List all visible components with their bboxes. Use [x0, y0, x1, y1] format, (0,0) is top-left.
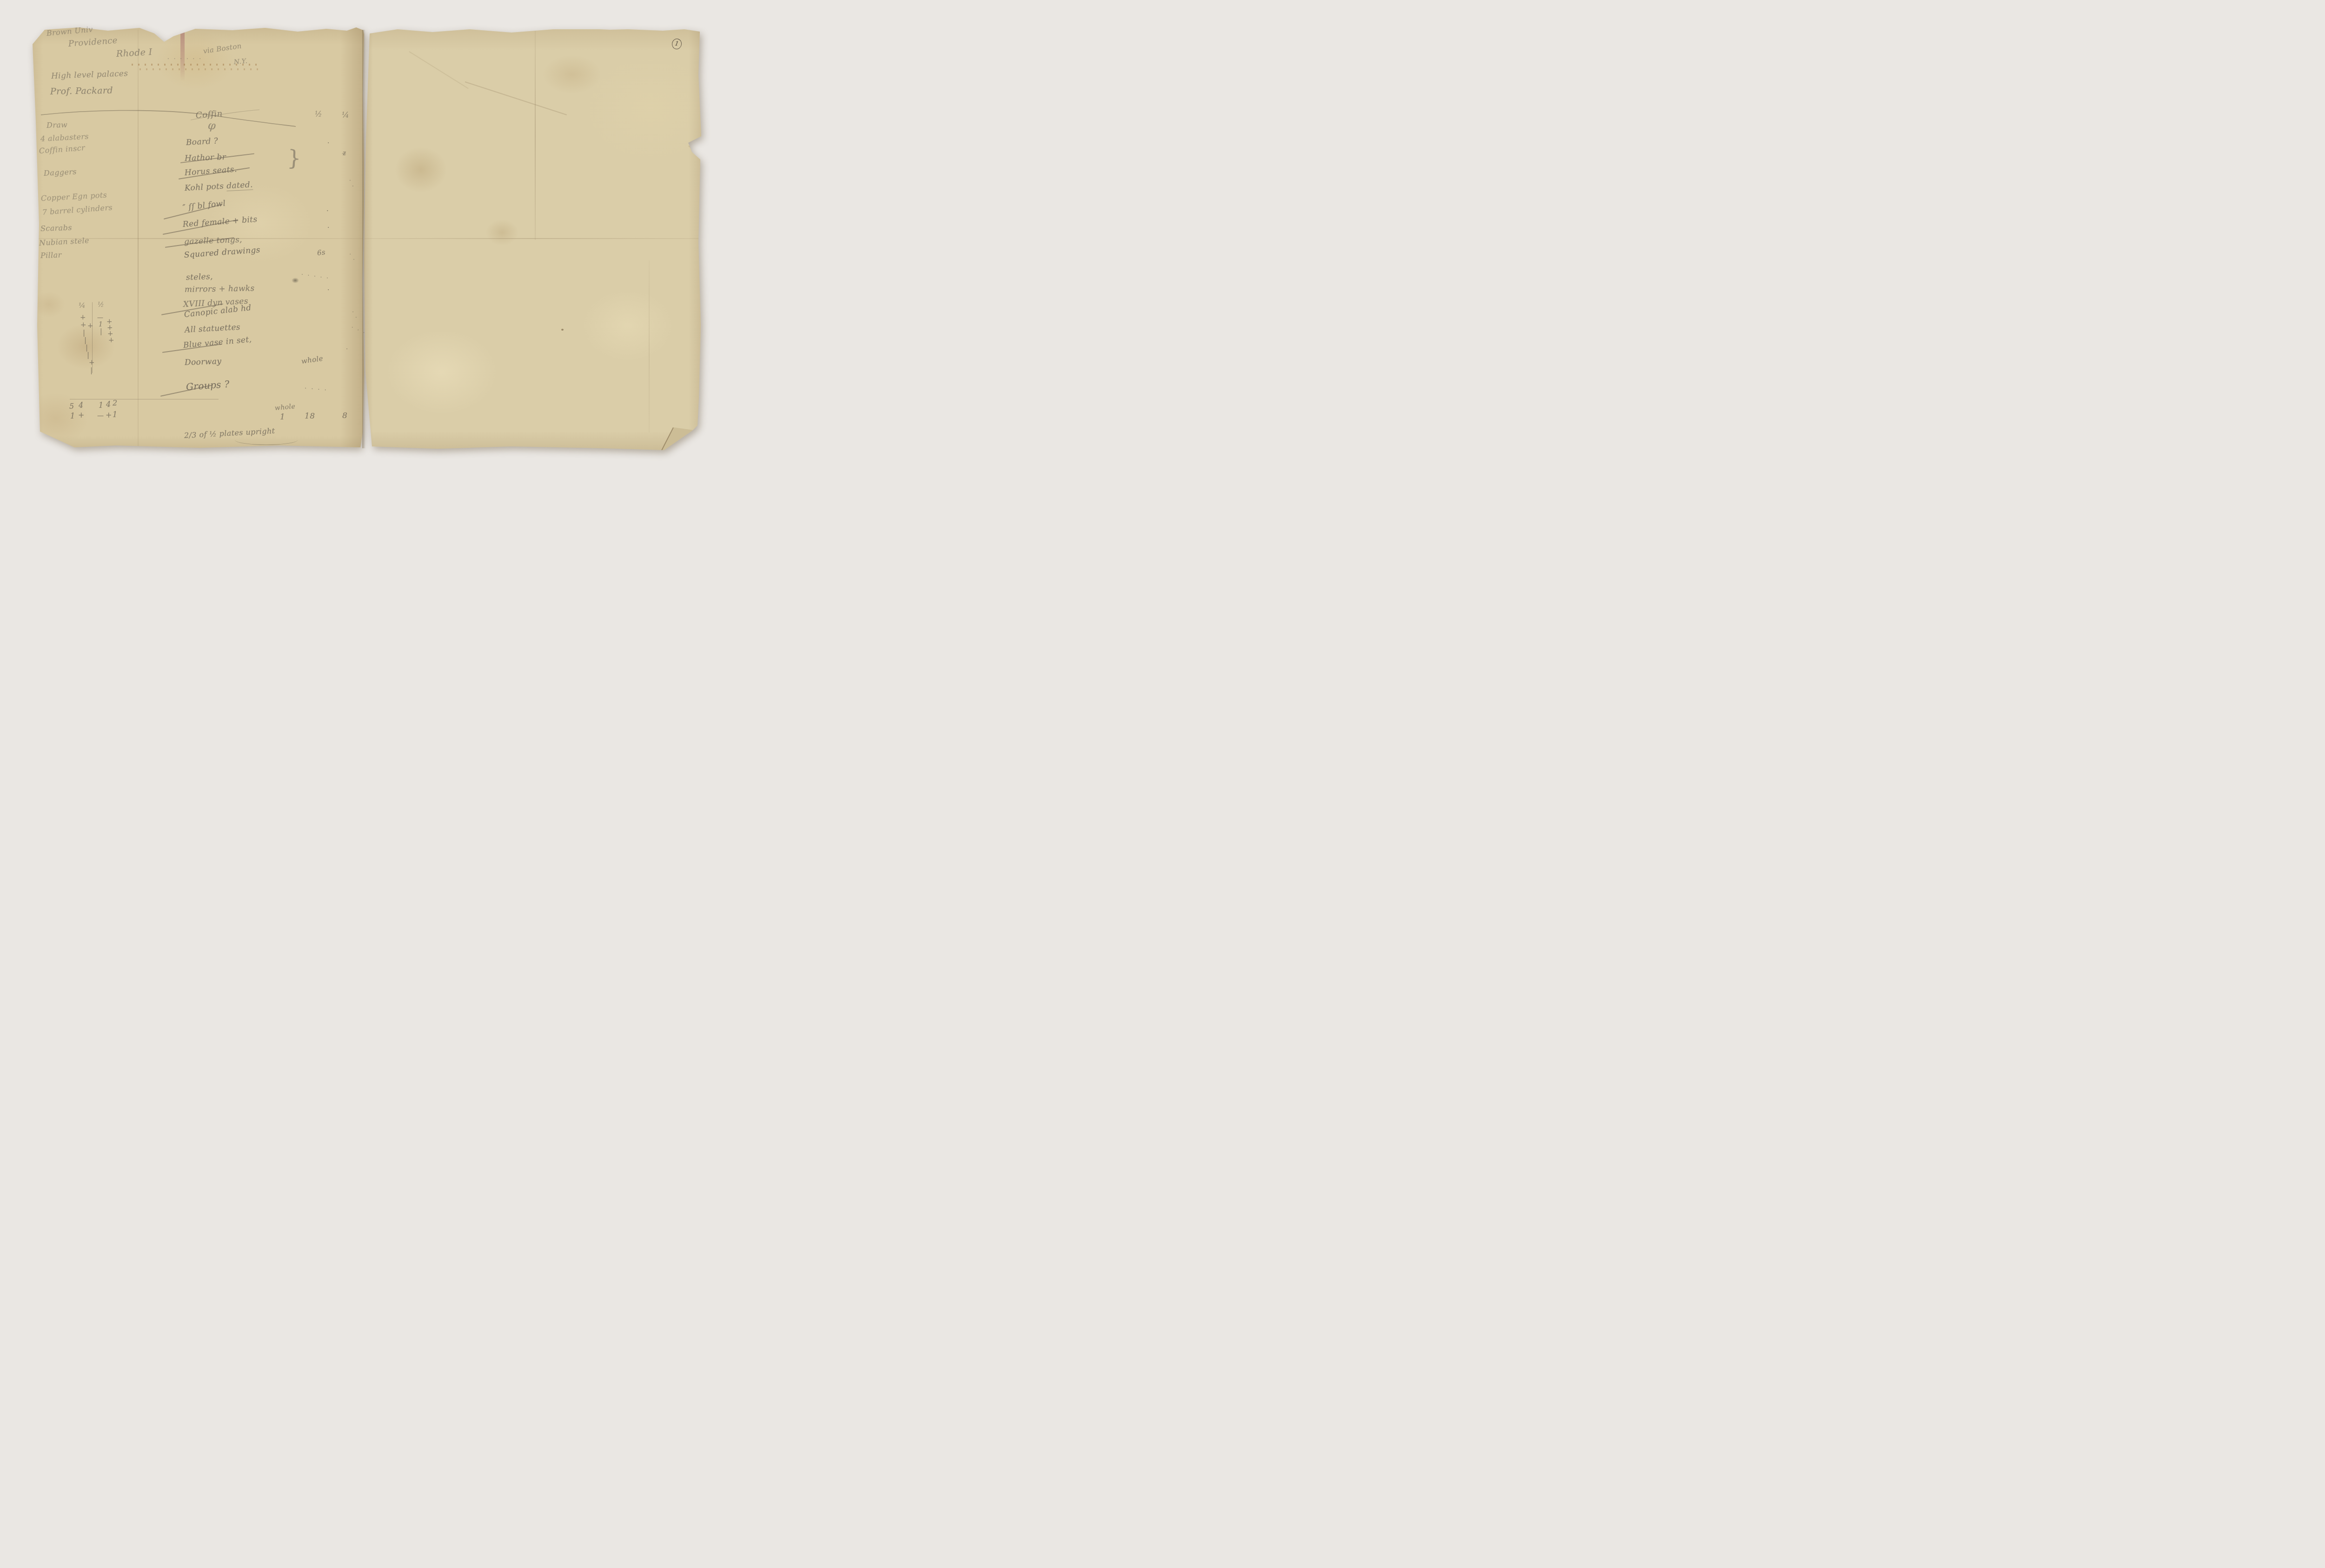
margin-brace: } — [287, 147, 302, 169]
stain-speck — [561, 329, 564, 331]
footer-count-half: 18 — [305, 412, 315, 420]
tally-header-half: ½ — [98, 302, 104, 308]
margin-mark: · — [326, 207, 330, 214]
tally-total-rule — [70, 399, 219, 399]
tally-mark: + — [80, 321, 86, 328]
fold-crease-horizontal — [364, 238, 701, 239]
tally-total: 4 — [79, 402, 84, 409]
list-item: mirrors + hawks — [185, 285, 255, 294]
heading-state: Rhode I — [116, 48, 153, 59]
footer-whole-label: whole — [274, 403, 295, 412]
tally-total: 1 — [113, 411, 118, 419]
tally-total: 1 — [99, 402, 104, 409]
tally-header-quarter: ¼ — [79, 302, 86, 309]
tally-total: 4 — [106, 401, 111, 408]
tally-mark: | — [83, 329, 85, 336]
tally-total: + — [78, 412, 85, 419]
item-underlined-word: dated. — [226, 180, 253, 191]
tally-mark: | — [100, 328, 102, 335]
photograph-of-document: { "photo": { "backdrop_color": "#eae7e3"… — [0, 0, 729, 472]
list-item: Board ? — [186, 137, 219, 147]
wrinkle-crease — [465, 81, 567, 115]
fold-crease-vertical — [138, 30, 139, 451]
side-list-item: Scarabs — [40, 224, 72, 233]
heading-dots: · · · · · · — [167, 56, 202, 62]
red-ink-streak — [180, 27, 185, 81]
margin-mark: · — [346, 346, 349, 352]
heading-recipient: Prof. Packard — [50, 86, 113, 96]
footer-count-whole: 1 — [280, 413, 285, 421]
ink-blot-row — [139, 68, 258, 70]
side-list-item: Daggers — [44, 168, 77, 177]
tally-mark: + — [89, 359, 95, 366]
side-list-item: Draw — [46, 121, 68, 129]
margin-mark: · · · · — [304, 385, 328, 393]
tally-total: 1 — [70, 412, 75, 420]
tally-total: + — [106, 412, 112, 419]
wrinkle-crease — [409, 51, 469, 89]
right-page-paper — [363, 29, 702, 452]
phi-symbol: φ — [207, 120, 217, 132]
margin-mark: · — [327, 140, 331, 146]
margin-mark: 6s — [317, 249, 326, 257]
torn-edge-flap — [688, 140, 700, 158]
list-item: Doorway — [185, 358, 222, 367]
list-item: steles, — [186, 273, 213, 282]
tally-mark: | — [84, 337, 86, 344]
fold-crease-vertical — [535, 31, 536, 240]
tally-mark: + — [108, 337, 114, 344]
tally-mark: | — [90, 367, 93, 374]
footer-count-quarter: 8 — [342, 412, 347, 420]
page-seam-shadow — [362, 30, 365, 448]
tally-mark: | — [87, 352, 89, 359]
tally-total: — — [97, 412, 104, 419]
tally-total: 2 — [113, 399, 118, 407]
heading-via-city: N.Y. — [233, 58, 247, 66]
pencil-rule — [37, 106, 307, 134]
tally-total: 5 — [69, 403, 74, 410]
right-page-sheet — [363, 29, 702, 452]
side-list-item: Pillar — [40, 251, 62, 259]
margin-mark: · — [327, 287, 331, 293]
tally-mark: + — [87, 322, 93, 329]
tally-mark: — — [97, 315, 103, 321]
folded-corner-flap — [660, 425, 697, 452]
tally-mark: 1 — [99, 321, 103, 328]
column-header-quarter: ¼ — [342, 112, 349, 119]
tally-mark: + — [80, 314, 86, 321]
column-header-half: ½ — [315, 111, 322, 118]
tally-mark: | — [86, 344, 88, 351]
margin-mark: · — [327, 225, 331, 231]
pencil-smudge — [292, 278, 299, 283]
margin-mark: z̶ — [342, 150, 347, 157]
wrinkle-crease — [649, 260, 650, 432]
